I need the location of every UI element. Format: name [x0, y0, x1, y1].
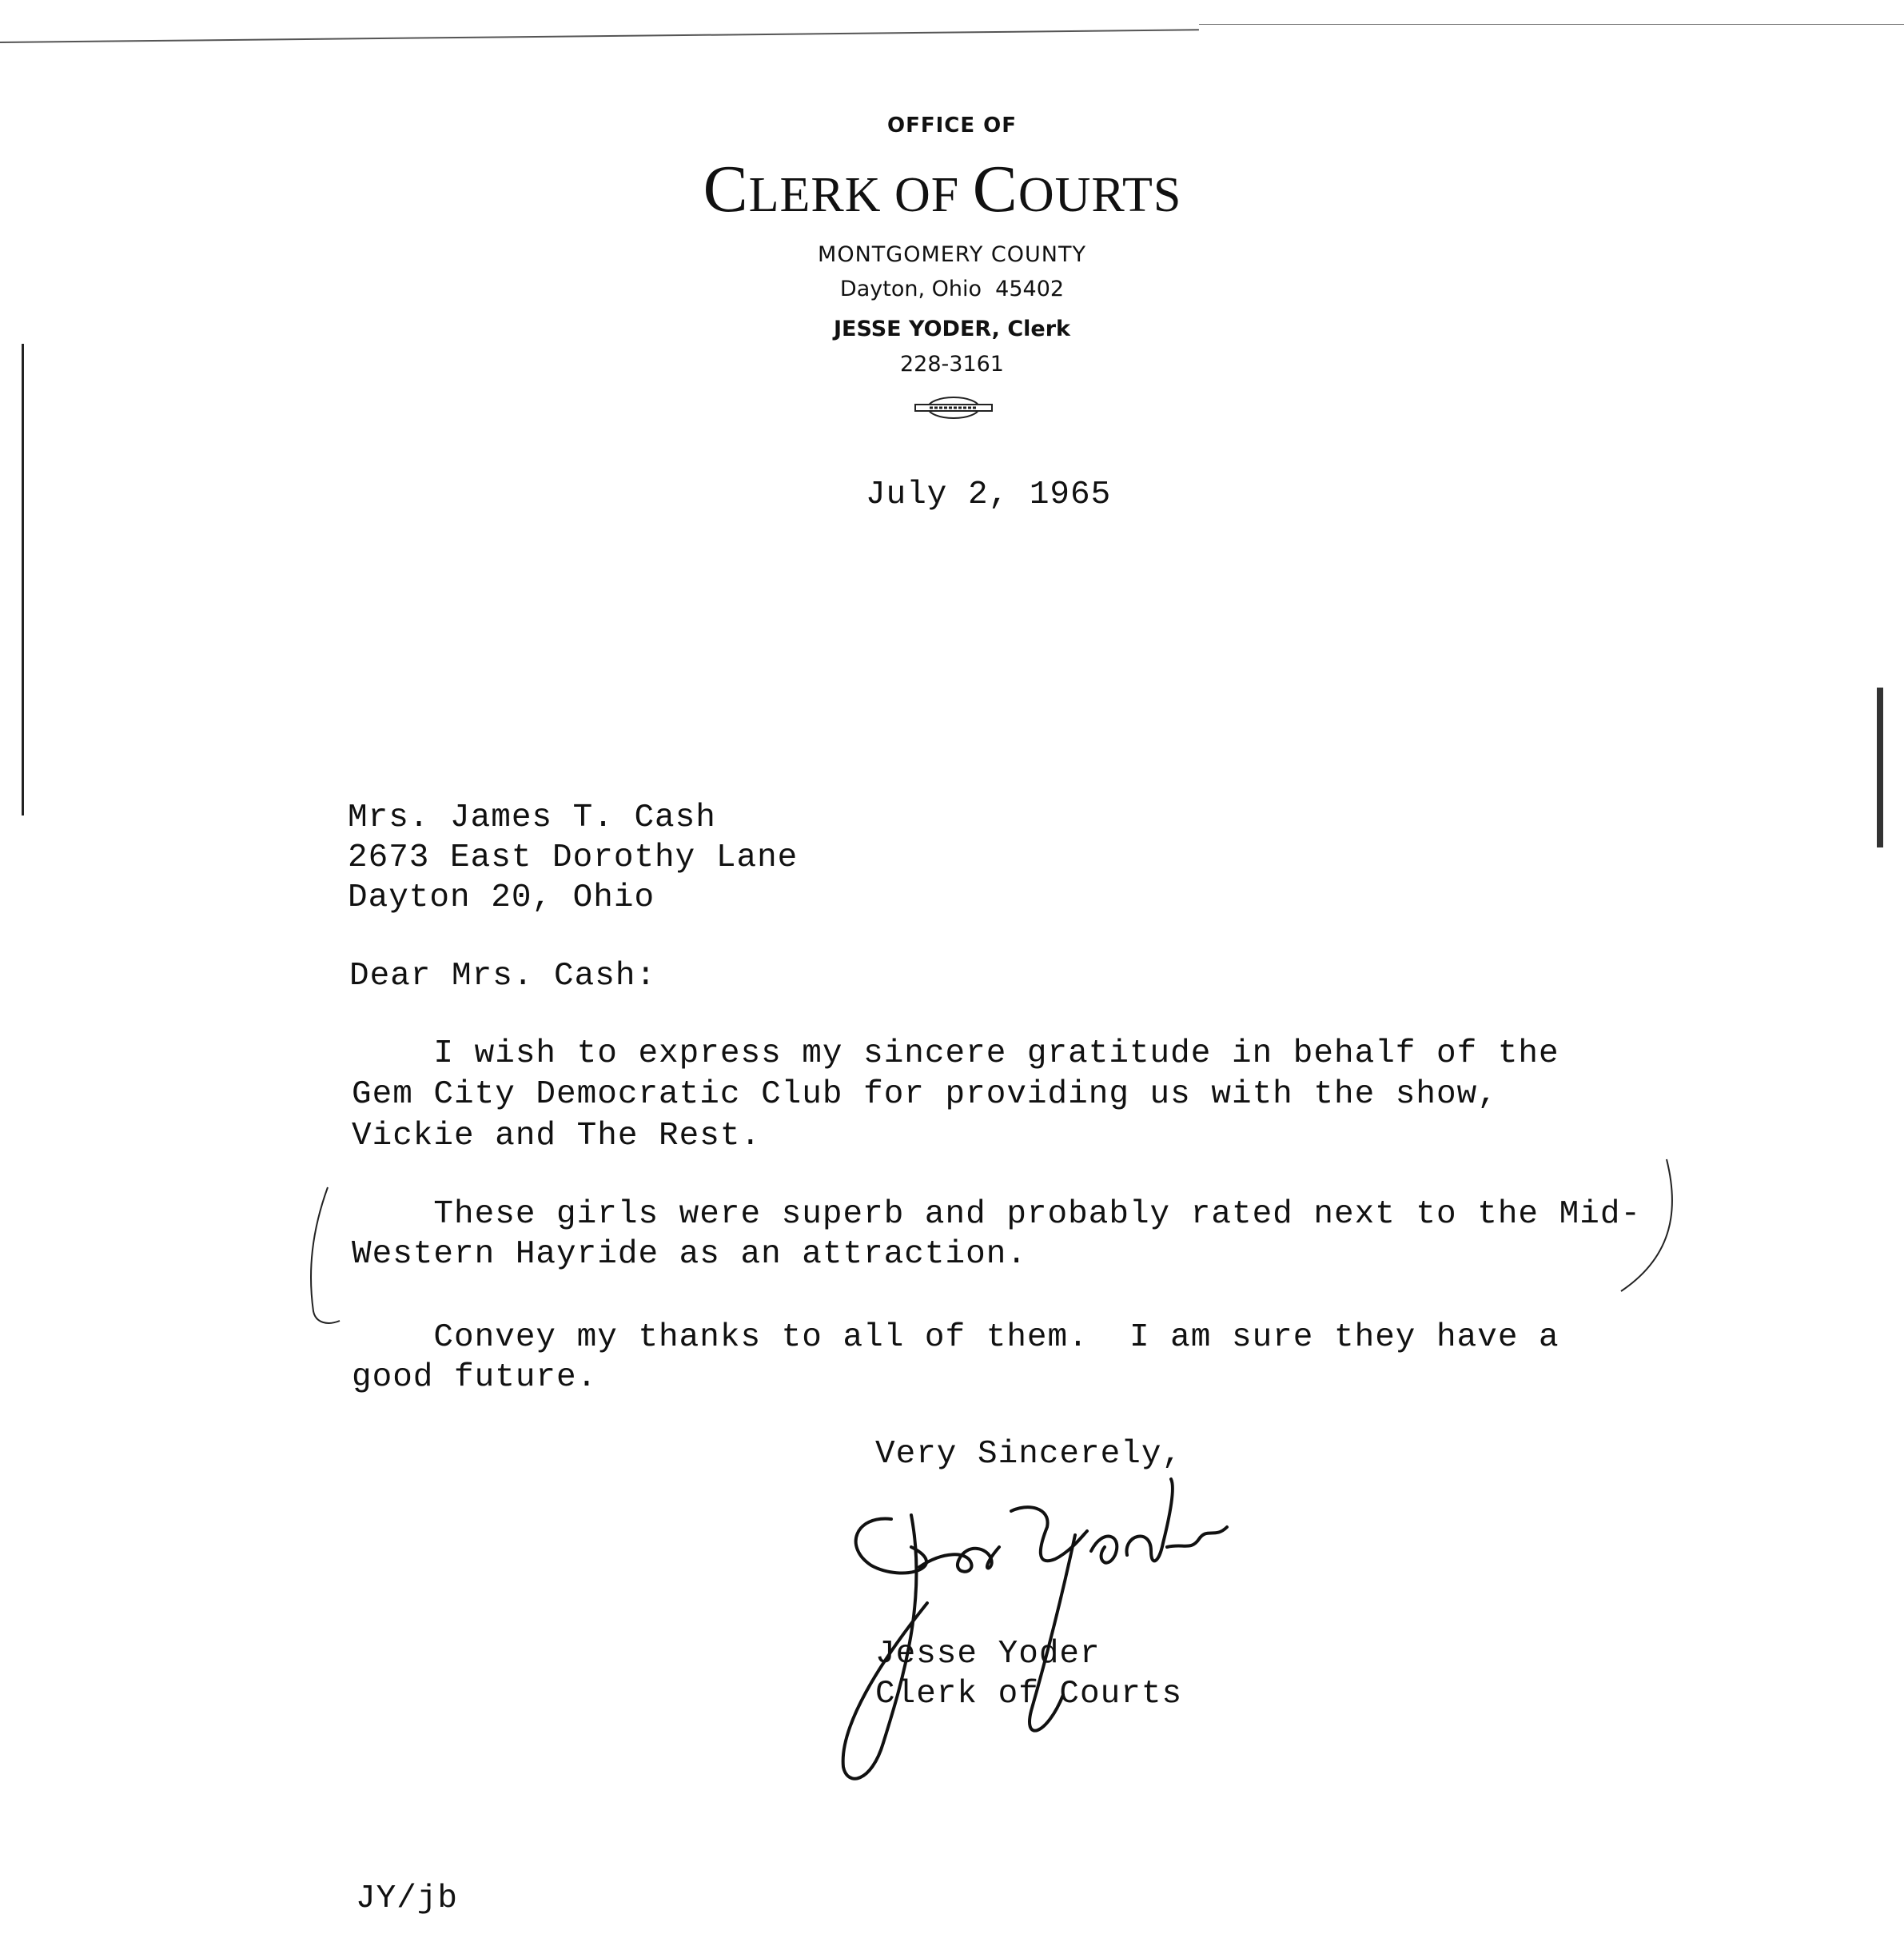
closing: Very Sincerely, — [875, 1436, 1182, 1473]
scan-edge-mark — [1877, 688, 1883, 847]
recipient-name: Mrs. James T. Cash — [348, 800, 716, 836]
letter-date: July 2, 1965 — [866, 477, 1111, 513]
signer-title: Clerk of Courts — [875, 1676, 1182, 1713]
letterhead-office-of: OFFICE OF — [0, 114, 1904, 138]
paragraph-line: good future. — [352, 1359, 597, 1396]
recipient-city: Dayton 20, Ohio — [348, 879, 655, 916]
letterhead-county: MONTGOMERY COUNTY — [0, 242, 1904, 267]
title-smallcaps: OURTS — [1018, 168, 1182, 222]
paragraph-line: Vickie and The Rest. — [352, 1118, 761, 1154]
recipient-street: 2673 East Dorothy Lane — [348, 839, 798, 876]
handwritten-bracket-icon — [304, 1151, 1679, 1335]
letterhead-title: CLERK OF COURTS — [0, 150, 1894, 228]
paragraph-line: Gem City Democratic Club for providing u… — [352, 1076, 1498, 1113]
salutation: Dear Mrs. Cash: — [349, 958, 656, 995]
letterhead-phone: 228-3161 — [0, 352, 1904, 377]
title-initial: C — [973, 152, 1018, 226]
signer-name: Jesse Yoder — [875, 1636, 1101, 1673]
paragraph-line: I wish to express my sincere gratitude i… — [352, 1035, 1559, 1072]
title-initial: C — [703, 152, 749, 226]
title-smallcaps: LERK OF — [749, 168, 973, 222]
scan-edge-line — [1199, 24, 1904, 25]
union-seal-icon — [914, 396, 994, 420]
signature-icon — [807, 1471, 1351, 1791]
letterhead-clerk: JESSE YODER, Clerk — [0, 317, 1904, 341]
reference-initials: JY/jb — [356, 1880, 458, 1917]
paragraph-line: Convey my thanks to all of them. I am su… — [352, 1319, 1559, 1356]
scan-edge-line — [22, 344, 24, 815]
letterhead-city: Dayton, Ohio 45402 — [0, 277, 1904, 301]
scan-edge-line — [0, 29, 1199, 43]
